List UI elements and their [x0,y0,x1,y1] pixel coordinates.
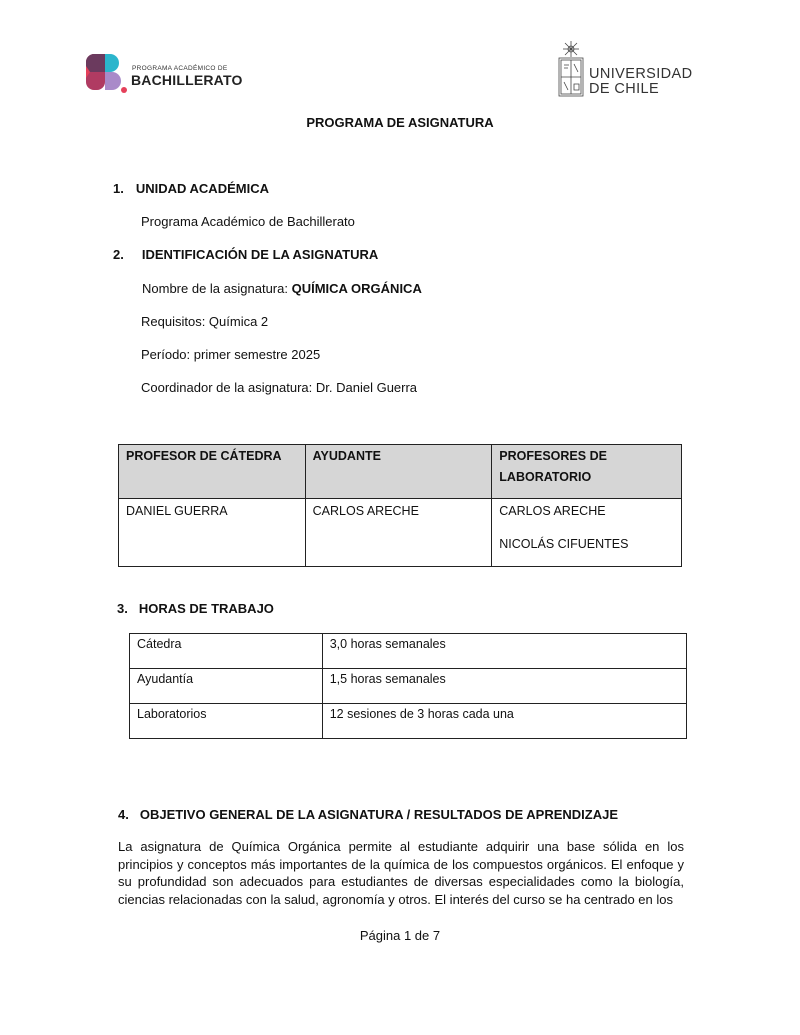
hours-value: 3,0 horas semanales [322,634,686,669]
name-label: Nombre de la asignatura: [142,281,292,296]
cell-laboratorio: CARLOS ARECHE NICOLÁS CIFUENTES [492,499,682,567]
bachillerato-b-logo-icon [84,52,128,94]
periodo-text: Período: primer semestre 2025 [141,347,320,362]
table-row: Ayudantía 1,5 horas semanales [130,669,687,704]
table-row: Laboratorios 12 sesiones de 3 horas cada… [130,704,687,739]
section-2-heading: 2.IDENTIFICACIÓN DE LA ASIGNATURA [113,247,378,262]
universidad-de-chile-logo: UNIVERSIDAD DE CHILE [557,40,697,100]
page-number: Página 1 de 7 [0,928,800,943]
table-row: Cátedra 3,0 horas semanales [130,634,687,669]
section-number: 4. [118,807,129,822]
section-title: IDENTIFICACIÓN DE LA ASIGNATURA [142,247,378,262]
section-4-heading: 4.OBJETIVO GENERAL DE LA ASIGNATURA / RE… [118,807,618,822]
table-header-row: PROFESOR DE CÁTEDRA AYUDANTE PROFESORES … [119,445,682,499]
asignatura-name: Nombre de la asignatura: QUÍMICA ORGÁNIC… [142,281,422,296]
table-row: DANIEL GUERRA CARLOS ARECHE CARLOS ARECH… [119,499,682,567]
requisitos-text: Requisitos: Química 2 [141,314,268,329]
hours-label: Laboratorios [130,704,323,739]
hours-value: 1,5 horas semanales [322,669,686,704]
section-number: 3. [117,601,128,616]
bachillerato-logo: PROGRAMA ACADÉMICO DE BACHILLERATO [84,52,254,96]
cell-catedra: DANIEL GUERRA [119,499,306,567]
hours-value: 12 sesiones de 3 horas cada una [322,704,686,739]
lab-professor: CARLOS ARECHE [499,501,674,522]
coordinador-text: Coordinador de la asignatura: Dr. Daniel… [141,380,417,395]
header-profesor-catedra: PROFESOR DE CÁTEDRA [119,445,306,499]
logo-line-de-chile: DE CHILE [589,82,693,97]
section-title: OBJETIVO GENERAL DE LA ASIGNATURA / RESU… [140,807,618,822]
section-title: UNIDAD ACADÉMICA [136,181,269,196]
section-1-heading: 1.UNIDAD ACADÉMICA [113,181,269,196]
section-number: 2. [113,247,124,262]
section-number: 1. [113,181,124,196]
hours-label: Cátedra [130,634,323,669]
logo-line-universidad: UNIVERSIDAD [589,67,693,82]
unidad-academica-text: Programa Académico de Bachillerato [141,214,355,229]
lab-professor: NICOLÁS CIFUENTES [499,534,674,555]
hours-table: Cátedra 3,0 horas semanales Ayudantía 1,… [129,633,687,739]
header-profesores-laboratorio: PROFESORES DE LABORATORIO [492,445,682,499]
document-title: PROGRAMA DE ASIGNATURA [0,115,800,130]
logo-small-text: PROGRAMA ACADÉMICO DE [132,65,228,72]
staff-table: PROFESOR DE CÁTEDRA AYUDANTE PROFESORES … [118,444,682,567]
section-3-heading: 3.HORAS DE TRABAJO [117,601,274,616]
hours-label: Ayudantía [130,669,323,704]
objetivo-paragraph: La asignatura de Química Orgánica permit… [118,838,684,908]
section-title: HORAS DE TRABAJO [139,601,274,616]
universidad-de-chile-crest-icon [557,40,585,98]
cell-ayudante: CARLOS ARECHE [305,499,492,567]
logo-big-text: BACHILLERATO [131,72,243,88]
name-value: QUÍMICA ORGÁNICA [292,281,422,296]
header-ayudante: AYUDANTE [305,445,492,499]
